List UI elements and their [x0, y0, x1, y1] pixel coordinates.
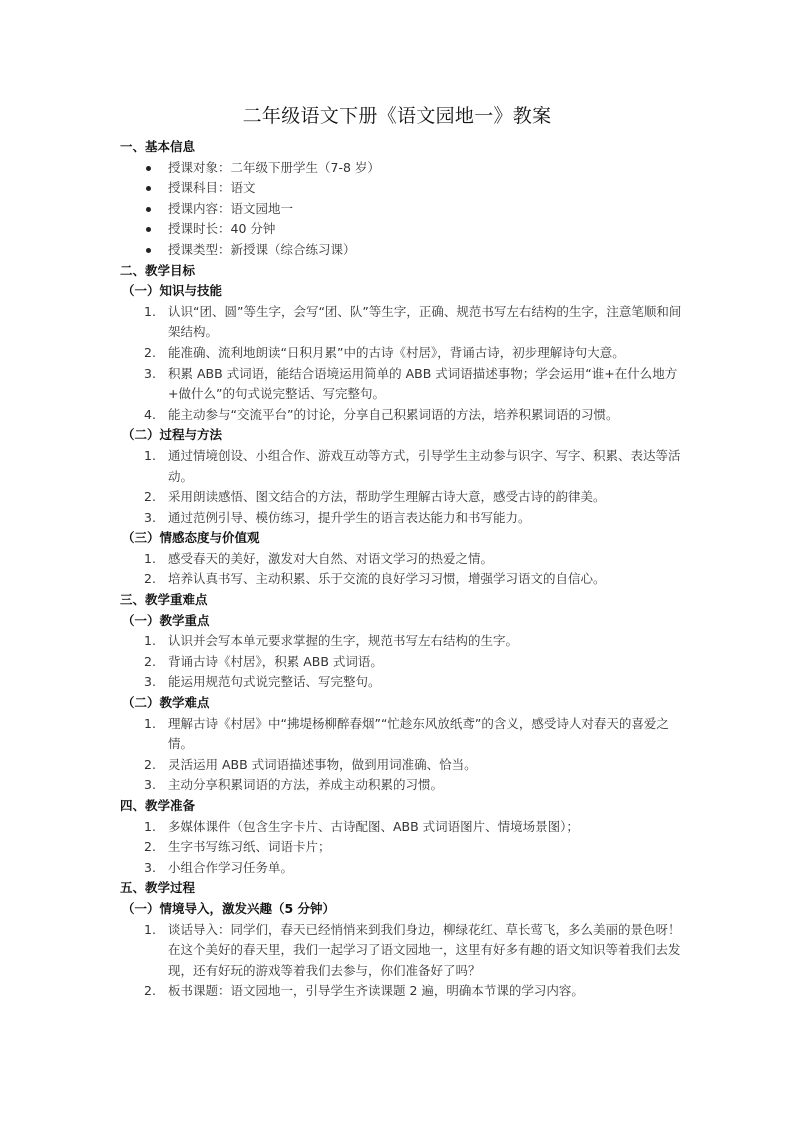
- list-item: 2.灵活运用 ABB 式词语描述事物，做到用词准确、恰当。: [120, 755, 690, 776]
- list-item: 1.理解古诗《村居》中“拂堤杨柳醉春烟”“忙趁东风放纸鸢”的含义，感受诗人对春天…: [120, 714, 690, 755]
- section-heading-key-difficult-points: 三、教学重难点: [120, 590, 690, 611]
- list-item: 1.认识并会写本单元要求掌握的生字，规范书写左右结构的生字。: [120, 631, 690, 652]
- list-item: 授课时长：40 分钟: [120, 219, 690, 240]
- document-title: 二年级语文下册《语文园地一》教案: [0, 101, 794, 128]
- subsection-heading-knowledge-skills: （一）知识与技能: [122, 281, 690, 302]
- subsection-heading-difficult-points: （二）教学难点: [122, 693, 690, 714]
- subsection-heading-situation-intro: （一）情境导入，激发兴趣（5 分钟）: [122, 899, 690, 920]
- bullet-icon: [146, 166, 151, 171]
- list-item: 1.通过情境创设、小组合作、游戏互动等方式，引导学生主动参与识字、写字、积累、表…: [120, 446, 690, 487]
- subsection-heading-process-methods: （二）过程与方法: [122, 425, 690, 446]
- list-item: 3.主动分享积累词语的方法，养成主动积累的习惯。: [120, 775, 690, 796]
- bullet-icon: [146, 186, 151, 191]
- list-item: 2.板书课题：语文园地一，引导学生齐读课题 2 遍，明确本节课的学习内容。: [120, 981, 690, 1002]
- section-heading-teaching-goals: 二、教学目标: [120, 261, 690, 282]
- list-item: 4.能主动参与“交流平台”的讨论，分享自己积累词语的方法，培养积累词语的习惯。: [120, 405, 690, 426]
- section-heading-basic-info: 一、基本信息: [120, 137, 690, 158]
- subsection-heading-emotion-values: （三）情感态度与价值观: [122, 528, 690, 549]
- list-item: 1.认识“团、圆”等生字，会写“团、队”等生字，正确、规范书写左右结构的生字，注…: [120, 302, 690, 343]
- list-item: 2.能准确、流利地朗读“日积月累”中的古诗《村居》，背诵古诗，初步理解诗句大意。: [120, 343, 690, 364]
- list-item: 1.感受春天的美好，激发对大自然、对语文学习的热爱之情。: [120, 549, 690, 570]
- list-item: 3.通过范例引导、模仿练习，提升学生的语言表达能力和书写能力。: [120, 508, 690, 529]
- subsection-heading-key-points: （一）教学重点: [122, 611, 690, 632]
- list-item: 授课对象：二年级下册学生（7-8 岁）: [120, 158, 690, 179]
- bullet-icon: [146, 207, 151, 212]
- list-item: 2.培养认真书写、主动积累、乐于交流的良好学习习惯，增强学习语文的自信心。: [120, 569, 690, 590]
- section-heading-teaching-process: 五、教学过程: [120, 878, 690, 899]
- list-item: 授课内容：语文园地一: [120, 199, 690, 220]
- list-item: 2.采用朗读感悟、图文结合的方法，帮助学生理解古诗大意，感受古诗的韵律美。: [120, 487, 690, 508]
- list-item: 1.多媒体课件（包含生字卡片、古诗配图、ABB 式词语图片、情境场景图）；: [120, 817, 690, 838]
- list-item: 2.生字书写练习纸、词语卡片；: [120, 837, 690, 858]
- list-item: 授课类型：新授课（综合练习课）: [120, 240, 690, 261]
- section-heading-teaching-prep: 四、教学准备: [120, 796, 690, 817]
- list-item: 3.积累 ABB 式词语，能结合语境运用简单的 ABB 式词语描述事物；学会运用…: [120, 364, 690, 405]
- list-item: 3.能运用规范句式说完整话、写完整句。: [120, 672, 690, 693]
- list-item: 3.小组合作学习任务单。: [120, 858, 690, 879]
- bullet-icon: [146, 248, 151, 253]
- list-item: 2.背诵古诗《村居》，积累 ABB 式词语。: [120, 652, 690, 673]
- list-item: 1.谈话导入：同学们，春天已经悄悄来到我们身边，柳绿花红、草长莺飞，多么美丽的景…: [120, 920, 690, 982]
- document-body: 一、基本信息 授课对象：二年级下册学生（7-8 岁） 授课科目：语文 授课内容：…: [120, 137, 690, 1002]
- document-page: 二年级语文下册《语文园地一》教案 一、基本信息 授课对象：二年级下册学生（7-8…: [0, 0, 794, 1123]
- bullet-icon: [146, 227, 151, 232]
- list-item: 授课科目：语文: [120, 178, 690, 199]
